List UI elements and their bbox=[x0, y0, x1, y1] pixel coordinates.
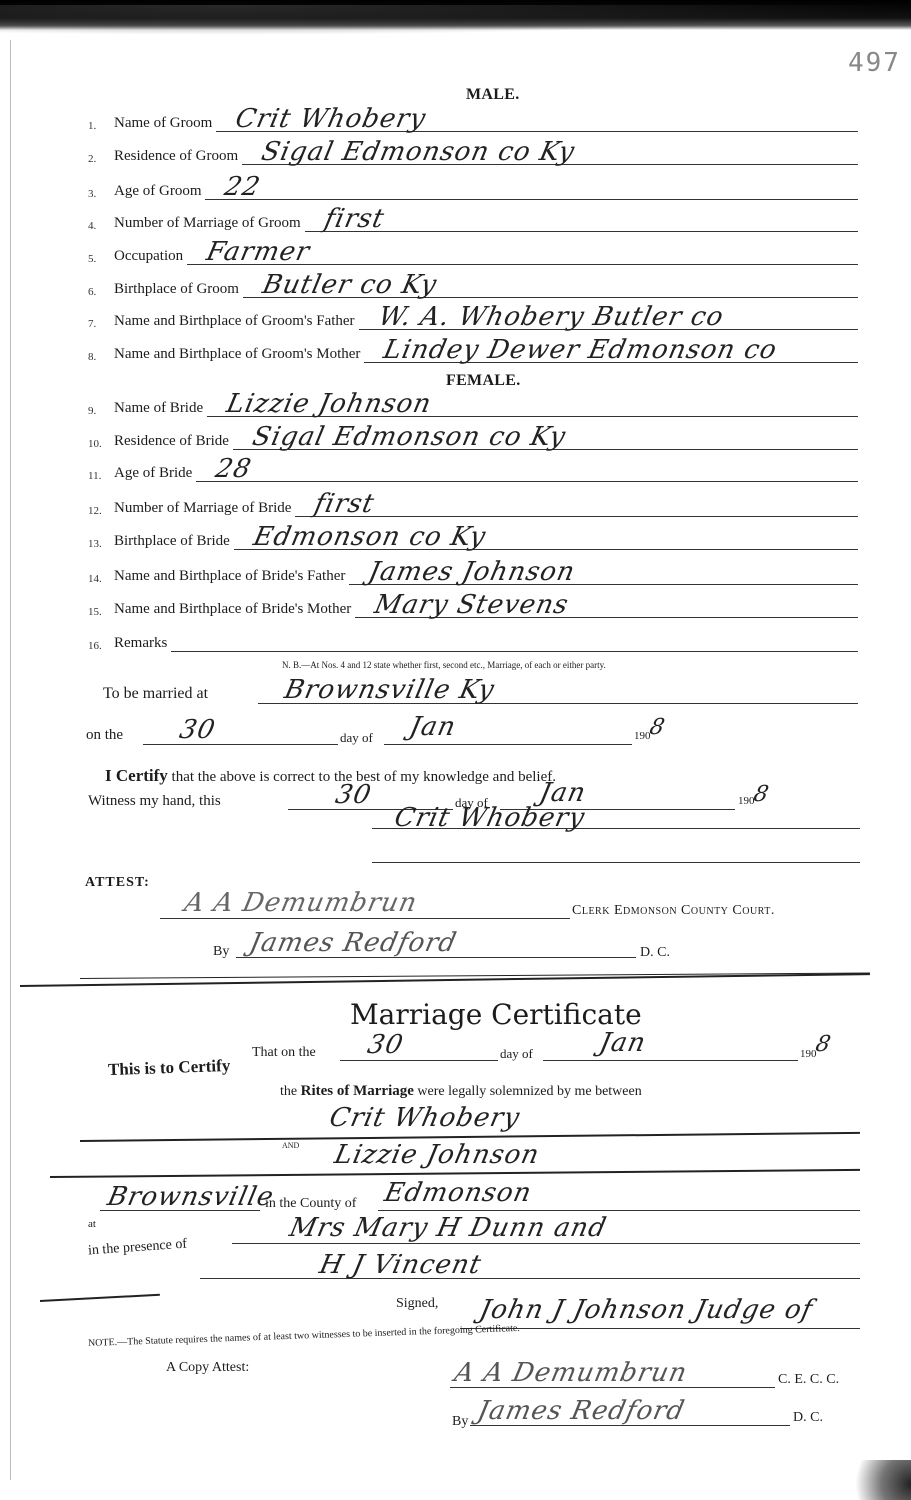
male-heading: MALE. bbox=[466, 86, 520, 104]
page-number: 497 bbox=[848, 48, 901, 78]
field-label: Residence of Groom bbox=[114, 148, 238, 165]
form-field-row: 8.Name and Birthplace of Groom's MotherL… bbox=[88, 343, 858, 365]
cert-year: 8 bbox=[813, 1032, 833, 1057]
form-field-row: 9.Name of BrideLizzie Johnson bbox=[88, 397, 858, 419]
field-value: Lizzie Johnson bbox=[224, 389, 435, 419]
cert-day-of-label: day of bbox=[500, 1046, 533, 1062]
field-value: Sigal Edmonson co Ky bbox=[250, 422, 569, 452]
at-label: at bbox=[88, 1218, 96, 1230]
witness-2-line bbox=[200, 1278, 860, 1279]
field-value: 22 bbox=[222, 172, 263, 202]
form-field-row: 11.Age of Bride28 bbox=[88, 462, 858, 484]
marriage-day: 30 bbox=[177, 715, 218, 745]
copy-clerk-title: C. E. C. C. bbox=[778, 1372, 839, 1388]
cert-month-line bbox=[543, 1060, 798, 1061]
field-label: Name and Birthplace of Groom's Father bbox=[114, 313, 355, 330]
form-field-row: 14.Name and Birthplace of Bride's Father… bbox=[88, 565, 858, 587]
field-label: Birthplace of Bride bbox=[114, 533, 230, 550]
field-label: Age of Groom bbox=[114, 183, 201, 200]
marriage-place: Brownsville Ky bbox=[282, 675, 498, 705]
cert-day: 30 bbox=[365, 1030, 406, 1060]
field-label: Name and Birthplace of Bride's Mother bbox=[114, 601, 351, 618]
month-line bbox=[384, 744, 632, 745]
copy-attest-label: A Copy Attest: bbox=[166, 1360, 249, 1376]
field-value: James Johnson bbox=[366, 557, 578, 587]
that-on-the-label: That on the bbox=[252, 1045, 316, 1061]
day-line bbox=[143, 744, 338, 745]
field-label: Name and Birthplace of Groom's Mother bbox=[114, 346, 360, 363]
officiant-signature: John J Johnson Judge of bbox=[477, 1295, 816, 1325]
form-field-row: 4.Number of Marriage of Groomfirst bbox=[88, 212, 858, 234]
form-field-row: 16.Remarks bbox=[88, 632, 858, 654]
copy-clerk-signature: A A Demumbrun bbox=[452, 1358, 690, 1388]
nb-note: N. B.—At Nos. 4 and 12 state whether fir… bbox=[282, 660, 606, 670]
field-value: Butler co Ky bbox=[260, 270, 440, 300]
deputy-signature: James Redford bbox=[247, 928, 460, 958]
rites-post: were legally solemnized by me between bbox=[417, 1084, 641, 1099]
field-number: 3. bbox=[88, 188, 110, 200]
field-label: Occupation bbox=[114, 248, 183, 265]
cert-county: Edmonson bbox=[382, 1178, 535, 1208]
field-line bbox=[295, 516, 858, 517]
field-value: Crit Whobery bbox=[233, 104, 429, 134]
field-number: 14. bbox=[88, 573, 110, 585]
statute-note: NOTE.—The Statute requires the names of … bbox=[88, 1323, 520, 1349]
applicant-signature: Crit Whobery bbox=[392, 803, 588, 833]
field-number: 7. bbox=[88, 318, 110, 330]
witness-day: 30 bbox=[333, 780, 374, 810]
field-number: 1. bbox=[88, 120, 110, 132]
witness-label: Witness my hand, this bbox=[88, 793, 221, 810]
deputy-title: D. C. bbox=[640, 945, 670, 961]
cert-groom: Crit Whobery bbox=[327, 1103, 523, 1133]
field-number: 16. bbox=[88, 640, 110, 652]
form-field-row: 7.Name and Birthplace of Groom's FatherW… bbox=[88, 310, 858, 332]
witness-1-line bbox=[232, 1243, 860, 1244]
field-number: 2. bbox=[88, 153, 110, 165]
field-number: 4. bbox=[88, 220, 110, 232]
rites-bold: Rites of Marriage bbox=[301, 1083, 414, 1099]
field-label: Number of Marriage of Groom bbox=[114, 215, 301, 232]
cert-month: Jan bbox=[597, 1028, 649, 1058]
cert-day-line bbox=[340, 1060, 498, 1061]
field-number: 5. bbox=[88, 253, 110, 265]
clerk-line bbox=[160, 918, 570, 919]
to-be-married-label: To be married at bbox=[103, 685, 208, 703]
field-number: 6. bbox=[88, 286, 110, 298]
field-label: Name of Groom bbox=[114, 115, 212, 132]
on-the-label: on the bbox=[86, 727, 123, 744]
field-label: Number of Marriage of Bride bbox=[114, 500, 291, 517]
field-line bbox=[305, 231, 858, 232]
page-edge bbox=[10, 40, 11, 1480]
field-number: 13. bbox=[88, 538, 110, 550]
field-number: 8. bbox=[88, 351, 110, 363]
field-value: W. A. Whobery Butler co bbox=[376, 302, 727, 332]
female-heading: FEMALE. bbox=[446, 372, 521, 390]
cert-place: Brownsville bbox=[105, 1182, 277, 1212]
field-value: 28 bbox=[213, 454, 254, 484]
field-label: Residence of Bride bbox=[114, 433, 229, 450]
clerk-signature: A A Demumbrun bbox=[182, 888, 420, 918]
field-value: Mary Stevens bbox=[372, 590, 572, 620]
field-value: Farmer bbox=[204, 237, 313, 267]
field-number: 15. bbox=[88, 606, 110, 618]
rites-statement: the Rites of Marriage were legally solem… bbox=[280, 1083, 642, 1100]
county-line bbox=[378, 1210, 860, 1211]
marriage-year: 8 bbox=[647, 715, 667, 740]
field-value: Lindey Dewer Edmonson co bbox=[381, 335, 780, 365]
cert-bride: Lizzie Johnson bbox=[332, 1140, 543, 1170]
swoosh-end bbox=[40, 1294, 160, 1302]
field-number: 9. bbox=[88, 405, 110, 417]
blank-line bbox=[372, 862, 860, 863]
field-line bbox=[196, 481, 858, 482]
form-field-row: 12.Number of Marriage of Bridefirst bbox=[88, 497, 858, 519]
witness-year: 8 bbox=[751, 782, 771, 807]
rites-pre: the bbox=[280, 1084, 297, 1099]
field-number: 10. bbox=[88, 438, 110, 450]
field-label: Name and Birthplace of Bride's Father bbox=[114, 568, 345, 585]
cert-witness-1: Mrs Mary H Dunn and bbox=[287, 1213, 610, 1243]
field-label: Name of Bride bbox=[114, 400, 203, 417]
day-of-label: day of bbox=[340, 730, 373, 746]
and-label: AND bbox=[282, 1141, 299, 1150]
form-field-row: 3.Age of Groom22 bbox=[88, 180, 858, 202]
copy-deputy-title: D. C. bbox=[793, 1410, 823, 1426]
field-number: 12. bbox=[88, 505, 110, 517]
bride-line bbox=[50, 1169, 860, 1178]
form-field-row: 15.Name and Birthplace of Bride's Mother… bbox=[88, 598, 858, 620]
form-field-row: 1.Name of GroomCrit Whobery bbox=[88, 112, 858, 134]
form-field-row: 13.Birthplace of BrideEdmonson co Ky bbox=[88, 530, 858, 552]
field-value: first bbox=[322, 204, 388, 234]
form-field-row: 10.Residence of BrideSigal Edmonson co K… bbox=[88, 430, 858, 452]
field-label: Age of Bride bbox=[114, 465, 192, 482]
form-field-row: 6.Birthplace of GroomButler co Ky bbox=[88, 278, 858, 300]
form-field-row: 2.Residence of GroomSigal Edmonson co Ky bbox=[88, 145, 858, 167]
certificate-title: Marriage Certificate bbox=[350, 998, 642, 1031]
copy-deputy-signature: James Redford bbox=[475, 1396, 688, 1426]
attest-by-label: By bbox=[213, 944, 229, 960]
field-value: first bbox=[312, 489, 378, 519]
certify-lead: I Certify bbox=[105, 766, 168, 785]
form-field-row: 5.OccupationFarmer bbox=[88, 245, 858, 267]
certificate-lead: This is to Certify bbox=[108, 1056, 231, 1080]
field-value: Edmonson co Ky bbox=[251, 522, 489, 552]
field-label: Remarks bbox=[114, 635, 167, 652]
officiant-line bbox=[460, 1328, 860, 1329]
field-line bbox=[205, 199, 858, 200]
cert-witness-2: H J Vincent bbox=[317, 1250, 485, 1280]
marriage-month: Jan bbox=[407, 712, 459, 742]
county-label: in the County of bbox=[265, 1196, 356, 1212]
field-line bbox=[171, 651, 858, 652]
field-number: 11. bbox=[88, 470, 110, 482]
scan-corner-shadow bbox=[841, 1460, 911, 1500]
field-value: Sigal Edmonson co Ky bbox=[259, 137, 578, 167]
field-label: Birthplace of Groom bbox=[114, 281, 239, 298]
certify-statement: I Certify that the above is correct to t… bbox=[105, 766, 556, 786]
signed-label: Signed, bbox=[396, 1296, 438, 1312]
scan-top-shadow bbox=[0, 0, 911, 30]
presence-label: in the presence of bbox=[88, 1237, 188, 1260]
clerk-title: Clerk Edmonson County Court. bbox=[572, 903, 775, 919]
copy-by-label: By bbox=[452, 1414, 468, 1430]
attest-label: ATTEST: bbox=[85, 875, 150, 891]
